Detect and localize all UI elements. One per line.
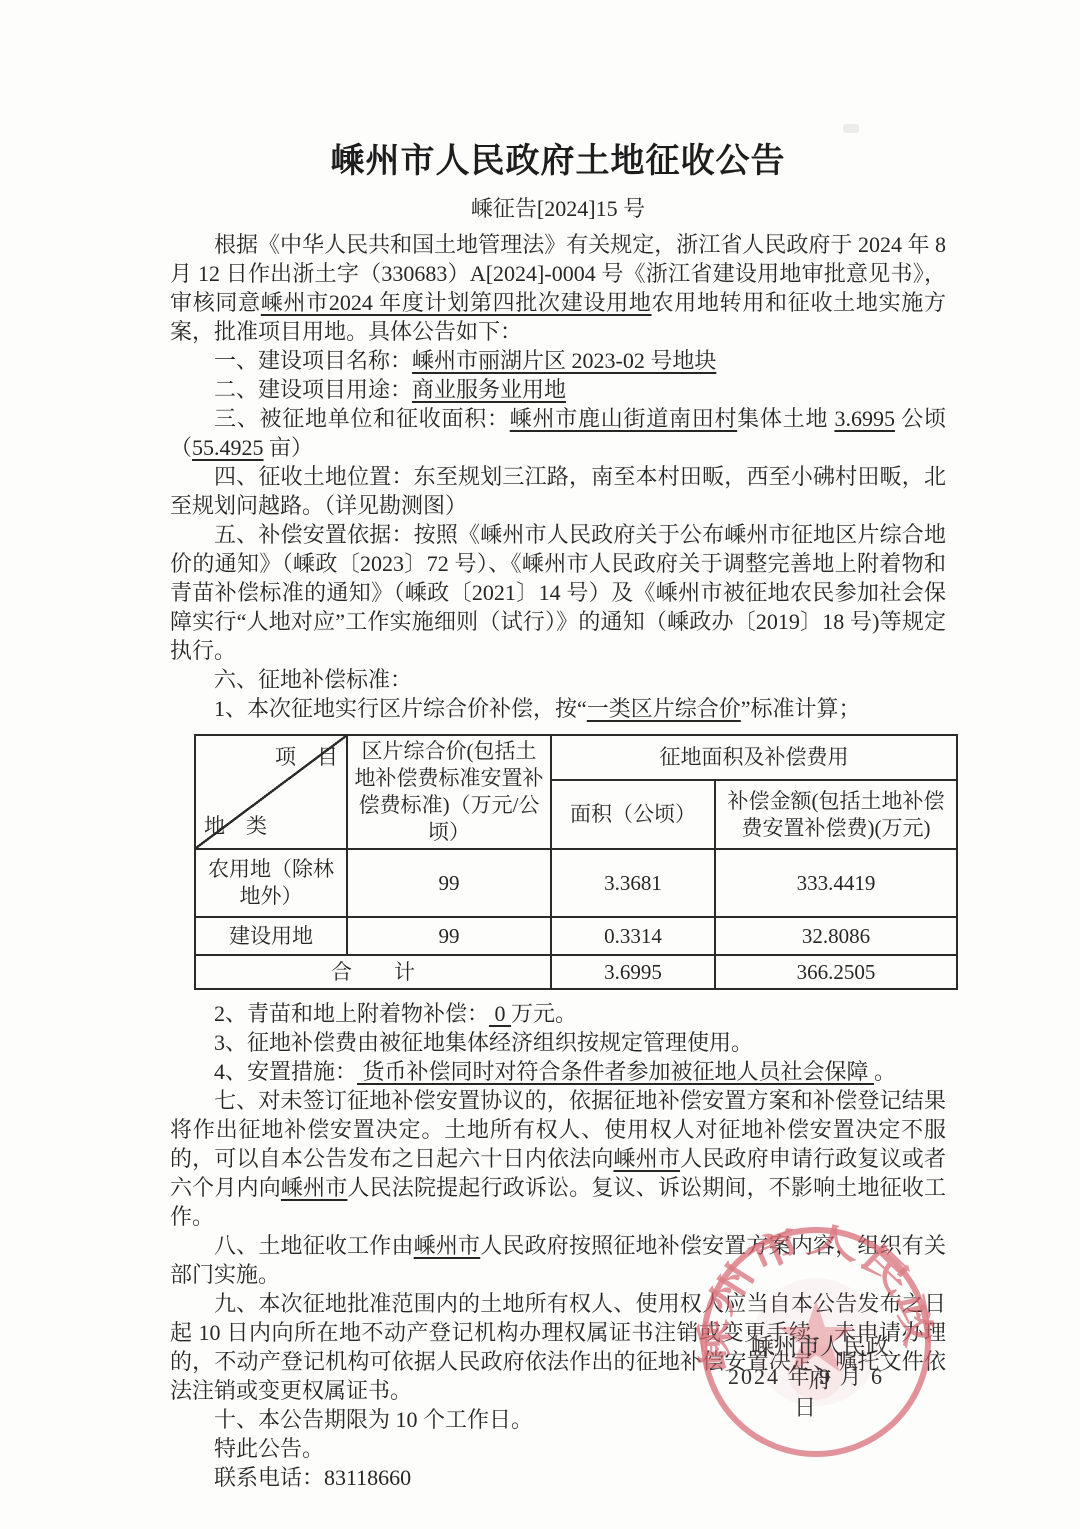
item-land-unit-area: 三、被征地单位和征收面积：嵊州市鹿山街道南田村集体土地 3.6995 公顷（55… (170, 404, 946, 462)
cell-total-amount: 366.2505 (715, 955, 957, 989)
announcement-page: 嵊州市人民政府土地征收公告 嵊征告[2024]15 号 根据《中华人民共和国土地… (0, 0, 1080, 1529)
item3-mu: 55.4925 (192, 435, 264, 460)
column-header-area: 面积（公顷） (551, 780, 715, 849)
cell-price: 99 (347, 849, 551, 917)
table-total-row: 合 计 3.6995 366.2505 (195, 955, 957, 989)
table-row: 农用地（除林地外） 99 3.3681 333.4419 (195, 849, 957, 917)
item-land-location: 四、征收土地位置：东至规划三江路，南至本村田畈，西至小砩村田畈，北至规划问越路。… (170, 462, 946, 520)
item-compensation-standard: 六、征地补偿标准： (170, 665, 946, 694)
column-header-amount: 补偿金额(包括土地补偿费安置补偿费)(万元) (715, 780, 957, 849)
item-project-name: 一、建设项目名称：嵊州市丽湖片区 2023-02 号地块 (170, 346, 946, 375)
intro-paragraph: 根据《中华人民共和国土地管理法》有关规定，浙江省人民政府于 2024 年 8 月… (170, 230, 946, 346)
corner-label-item: 项 目 (275, 744, 338, 771)
s8-city: 嵊州市 (414, 1233, 481, 1258)
item-compensation-basis: 五、补偿安置依据：按照《嵊州市人民政府关于公布嵊州市征地区片综合地价的通知》（嵊… (170, 520, 946, 665)
item3-label: 三、被征地单位和征收面积： (214, 406, 510, 431)
cell-area: 0.3314 (551, 917, 715, 955)
item-resettlement-measures: 4、安置措施： 货币补偿同时对符合条件者参加被征地人员社会保障 。 (170, 1057, 946, 1086)
item4b-tail: 。 (874, 1059, 896, 1084)
s7-city2: 嵊州市 (281, 1175, 348, 1200)
cell-total-label: 合 计 (195, 955, 551, 989)
section-seven: 七、对未签订征地补偿安置协议的，依据征地补偿安置方案和补偿登记结果将作出征地补偿… (170, 1086, 946, 1231)
item61-tail: ”标准计算； (741, 696, 861, 721)
item4b-text: 4、安置措施： (214, 1059, 357, 1084)
intro-underlined-plan: 嵊州市2024 年度计划第四批次建设用地 (261, 290, 652, 315)
item3-text: 集体土地 (737, 406, 834, 431)
cell-amount: 333.4419 (715, 849, 957, 917)
item3-village: 嵊州市鹿山街道南田村 (510, 406, 737, 431)
item61-text: 1、本次征地实行区片综合价补偿，按“ (214, 696, 587, 721)
page-title: 嵊州市人民政府土地征收公告 (170, 140, 946, 182)
document-number: 嵊征告[2024]15 号 (170, 194, 946, 224)
cell-price: 99 (347, 917, 551, 955)
column-header-price: 区片综合价(包括土地补偿费标准安置补偿费标准)（万元/公顷） (347, 735, 551, 849)
item-seedling-compensation: 2、青苗和地上附着物补偿： 0 万元。 (170, 999, 946, 1028)
signature-date: 2024 年 9 月 6 日 (716, 1360, 896, 1422)
compensation-table: 项 目 地 类 区片综合价(包括土地补偿费标准安置补偿费标准)（万元/公顷） 征… (194, 734, 958, 990)
item-comprehensive-price: 1、本次征地实行区片综合价补偿，按“一类区片综合价”标准计算； (170, 694, 946, 723)
item2b-text: 2、青苗和地上附着物补偿： (214, 1001, 489, 1026)
cell-land-type: 农用地（除林地外） (195, 849, 347, 917)
contact-phone: 联系电话：83118660 (170, 1463, 946, 1492)
item2-value: 商业服务业用地 (412, 377, 566, 402)
item3-text3: 亩） (264, 435, 314, 460)
cell-total-area: 3.6995 (551, 955, 715, 989)
item4b-measure: 货币补偿同时对符合条件者参加被征地人员社会保障 (357, 1059, 874, 1084)
item3-hectares: 3.6995 (834, 406, 895, 431)
item2-label: 二、建设项目用途： (214, 377, 412, 402)
item61-price-class: 一类区片综合价 (587, 696, 741, 721)
item-project-use: 二、建设项目用途：商业服务业用地 (170, 375, 946, 404)
s7-city1: 嵊州市 (614, 1146, 681, 1171)
cell-amount: 32.8086 (715, 917, 957, 955)
cell-area: 3.3681 (551, 849, 715, 917)
item1-label: 一、建设项目名称： (214, 348, 412, 373)
item1-value: 嵊州市丽湖片区 2023-02 号地块 (412, 348, 716, 373)
table-row: 建设用地 99 0.3314 32.8086 (195, 917, 957, 955)
corner-label-landclass: 地 类 (204, 813, 267, 840)
item-fund-management: 3、征地补偿费由被征地集体经济组织按规定管理使用。 (170, 1028, 946, 1057)
item2b-amount: 0 (489, 1001, 511, 1026)
s8-text: 八、土地征收工作由 (214, 1233, 414, 1258)
item2b-tail: 万元。 (511, 1001, 577, 1026)
table-corner-cell: 项 目 地 类 (195, 735, 347, 849)
column-group-header: 征地面积及补偿费用 (551, 735, 957, 780)
cell-land-type: 建设用地 (195, 917, 347, 955)
scan-smudge (843, 124, 859, 133)
